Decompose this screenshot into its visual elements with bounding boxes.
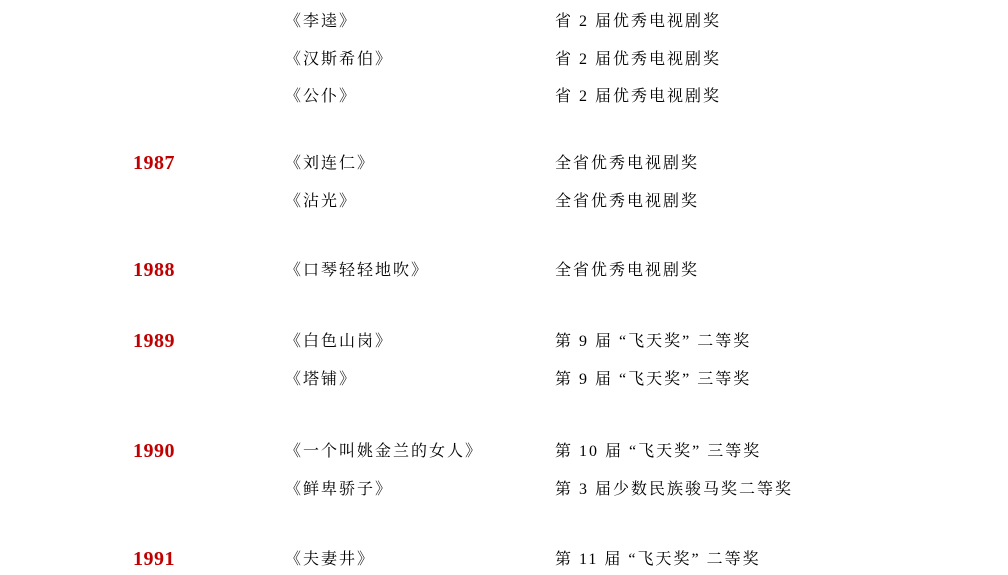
title-text: 《一个叫姚金兰的女人》: [285, 433, 483, 471]
year-label: 1988: [133, 252, 175, 290]
award-text: 省 2 届优秀电视剧奖: [555, 41, 721, 79]
year-group-1988: 1988 《口琴轻轻地吹》 全省优秀电视剧奖: [0, 252, 1008, 290]
year-label: 1990: [133, 433, 175, 471]
entry-row: 《塔铺》 第 9 届 “飞天奖” 三等奖: [0, 361, 1008, 399]
title-text: 《刘连仁》: [285, 145, 375, 183]
year-label: 1991: [133, 541, 175, 575]
year-label: 1987: [133, 145, 175, 183]
award-text: 省 2 届优秀电视剧奖: [555, 78, 721, 116]
year-group-1989: 1989 《白色山岗》 第 9 届 “飞天奖” 二等奖 《塔铺》 第 9 届 “…: [0, 323, 1008, 398]
entry-row: 1989 《白色山岗》 第 9 届 “飞天奖” 二等奖: [0, 323, 1008, 361]
title-text: 《公仆》: [285, 78, 357, 116]
document-page: 《李逵》 省 2 届优秀电视剧奖 《汉斯希伯》 省 2 届优秀电视剧奖 《公仆》…: [0, 0, 1008, 575]
award-text: 全省优秀电视剧奖: [555, 183, 699, 221]
entry-row: 1988 《口琴轻轻地吹》 全省优秀电视剧奖: [0, 252, 1008, 290]
year-group-pre-1987: 《李逵》 省 2 届优秀电视剧奖 《汉斯希伯》 省 2 届优秀电视剧奖 《公仆》…: [0, 3, 1008, 116]
entry-row: 1987 《刘连仁》 全省优秀电视剧奖: [0, 145, 1008, 183]
title-text: 《白色山岗》: [285, 323, 393, 361]
title-text: 《鲜卑骄子》: [285, 471, 393, 509]
award-text: 全省优秀电视剧奖: [555, 252, 699, 290]
year-label: 1989: [133, 323, 175, 361]
title-text: 《塔铺》: [285, 361, 357, 399]
year-group-1990: 1990 《一个叫姚金兰的女人》 第 10 届 “飞天奖” 三等奖 《鲜卑骄子》…: [0, 433, 1008, 508]
award-text: 第 9 届 “飞天奖” 二等奖: [555, 323, 751, 361]
title-text: 《夫妻井》: [285, 541, 375, 575]
entry-row: 《鲜卑骄子》 第 3 届少数民族骏马奖二等奖: [0, 471, 1008, 509]
entry-row: 《李逵》 省 2 届优秀电视剧奖: [0, 3, 1008, 41]
title-text: 《沾光》: [285, 183, 357, 221]
title-text: 《汉斯希伯》: [285, 41, 393, 79]
entry-row: 《公仆》 省 2 届优秀电视剧奖: [0, 78, 1008, 116]
award-text: 第 11 届 “飞天奖” 二等奖: [555, 541, 761, 575]
title-text: 《口琴轻轻地吹》: [285, 252, 429, 290]
award-text: 第 10 届 “飞天奖” 三等奖: [555, 433, 761, 471]
award-text: 省 2 届优秀电视剧奖: [555, 3, 721, 41]
title-text: 《李逵》: [285, 3, 357, 41]
award-text: 全省优秀电视剧奖: [555, 145, 699, 183]
award-text: 第 3 届少数民族骏马奖二等奖: [555, 471, 793, 509]
award-text: 第 9 届 “飞天奖” 三等奖: [555, 361, 751, 399]
year-group-1987: 1987 《刘连仁》 全省优秀电视剧奖 《沾光》 全省优秀电视剧奖: [0, 145, 1008, 220]
entry-row: 1991 《夫妻井》 第 11 届 “飞天奖” 二等奖: [0, 541, 1008, 575]
entry-row: 《沾光》 全省优秀电视剧奖: [0, 183, 1008, 221]
entry-row: 1990 《一个叫姚金兰的女人》 第 10 届 “飞天奖” 三等奖: [0, 433, 1008, 471]
entry-row: 《汉斯希伯》 省 2 届优秀电视剧奖: [0, 41, 1008, 79]
year-group-1991: 1991 《夫妻井》 第 11 届 “飞天奖” 二等奖: [0, 541, 1008, 575]
